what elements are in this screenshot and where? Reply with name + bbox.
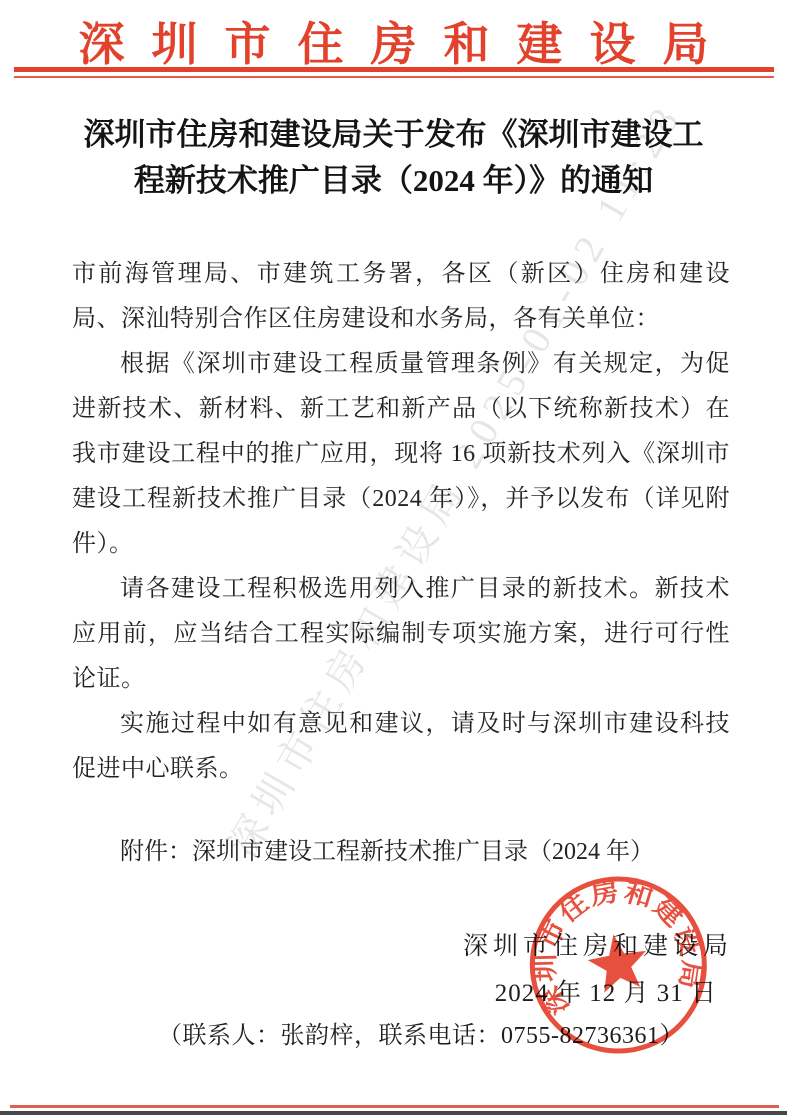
- seal-star-icon: [584, 930, 651, 995]
- header-rule-thick: [14, 67, 774, 72]
- header-rule-thin: [14, 76, 774, 78]
- title-line-1: 深圳市住房和建设局关于发布《深圳市建设工: [40, 112, 747, 158]
- document-body: 市前海管理局、市建筑工务署，各区（新区）住房和建设局、深汕特别合作区住房建设和水…: [72, 252, 730, 792]
- salutation: 市前海管理局、市建筑工务署，各区（新区）住房和建设局、深汕特别合作区住房建设和水…: [72, 252, 730, 342]
- agency-masthead: 深圳市住房和建设局: [0, 8, 787, 74]
- body-paragraph: 根据《深圳市建设工程质量管理条例》有关规定，为促进新技术、新材料、新工艺和新产品…: [72, 342, 730, 567]
- document-page: 深圳市住房和建设局 2025-01-02 11:28 深圳市住房和建设局 深圳市…: [0, 0, 787, 1117]
- bottom-rule-gray: [0, 1111, 787, 1115]
- document-title: 深圳市住房和建设局关于发布《深圳市建设工 程新技术推广目录（2024 年）》的通…: [40, 112, 747, 204]
- title-line-2: 程新技术推广目录（2024 年）》的通知: [40, 158, 747, 204]
- official-seal-icon: 深圳市住房和建设局: [509, 854, 726, 1071]
- bottom-rule-red: [10, 1105, 779, 1108]
- body-paragraph: 实施过程中如有意见和建议，请及时与深圳市建设科技促进中心联系。: [72, 702, 730, 792]
- body-paragraph: 请各建设工程积极选用列入推广目录的新技术。新技术应用前，应当结合工程实际编制专项…: [72, 567, 730, 702]
